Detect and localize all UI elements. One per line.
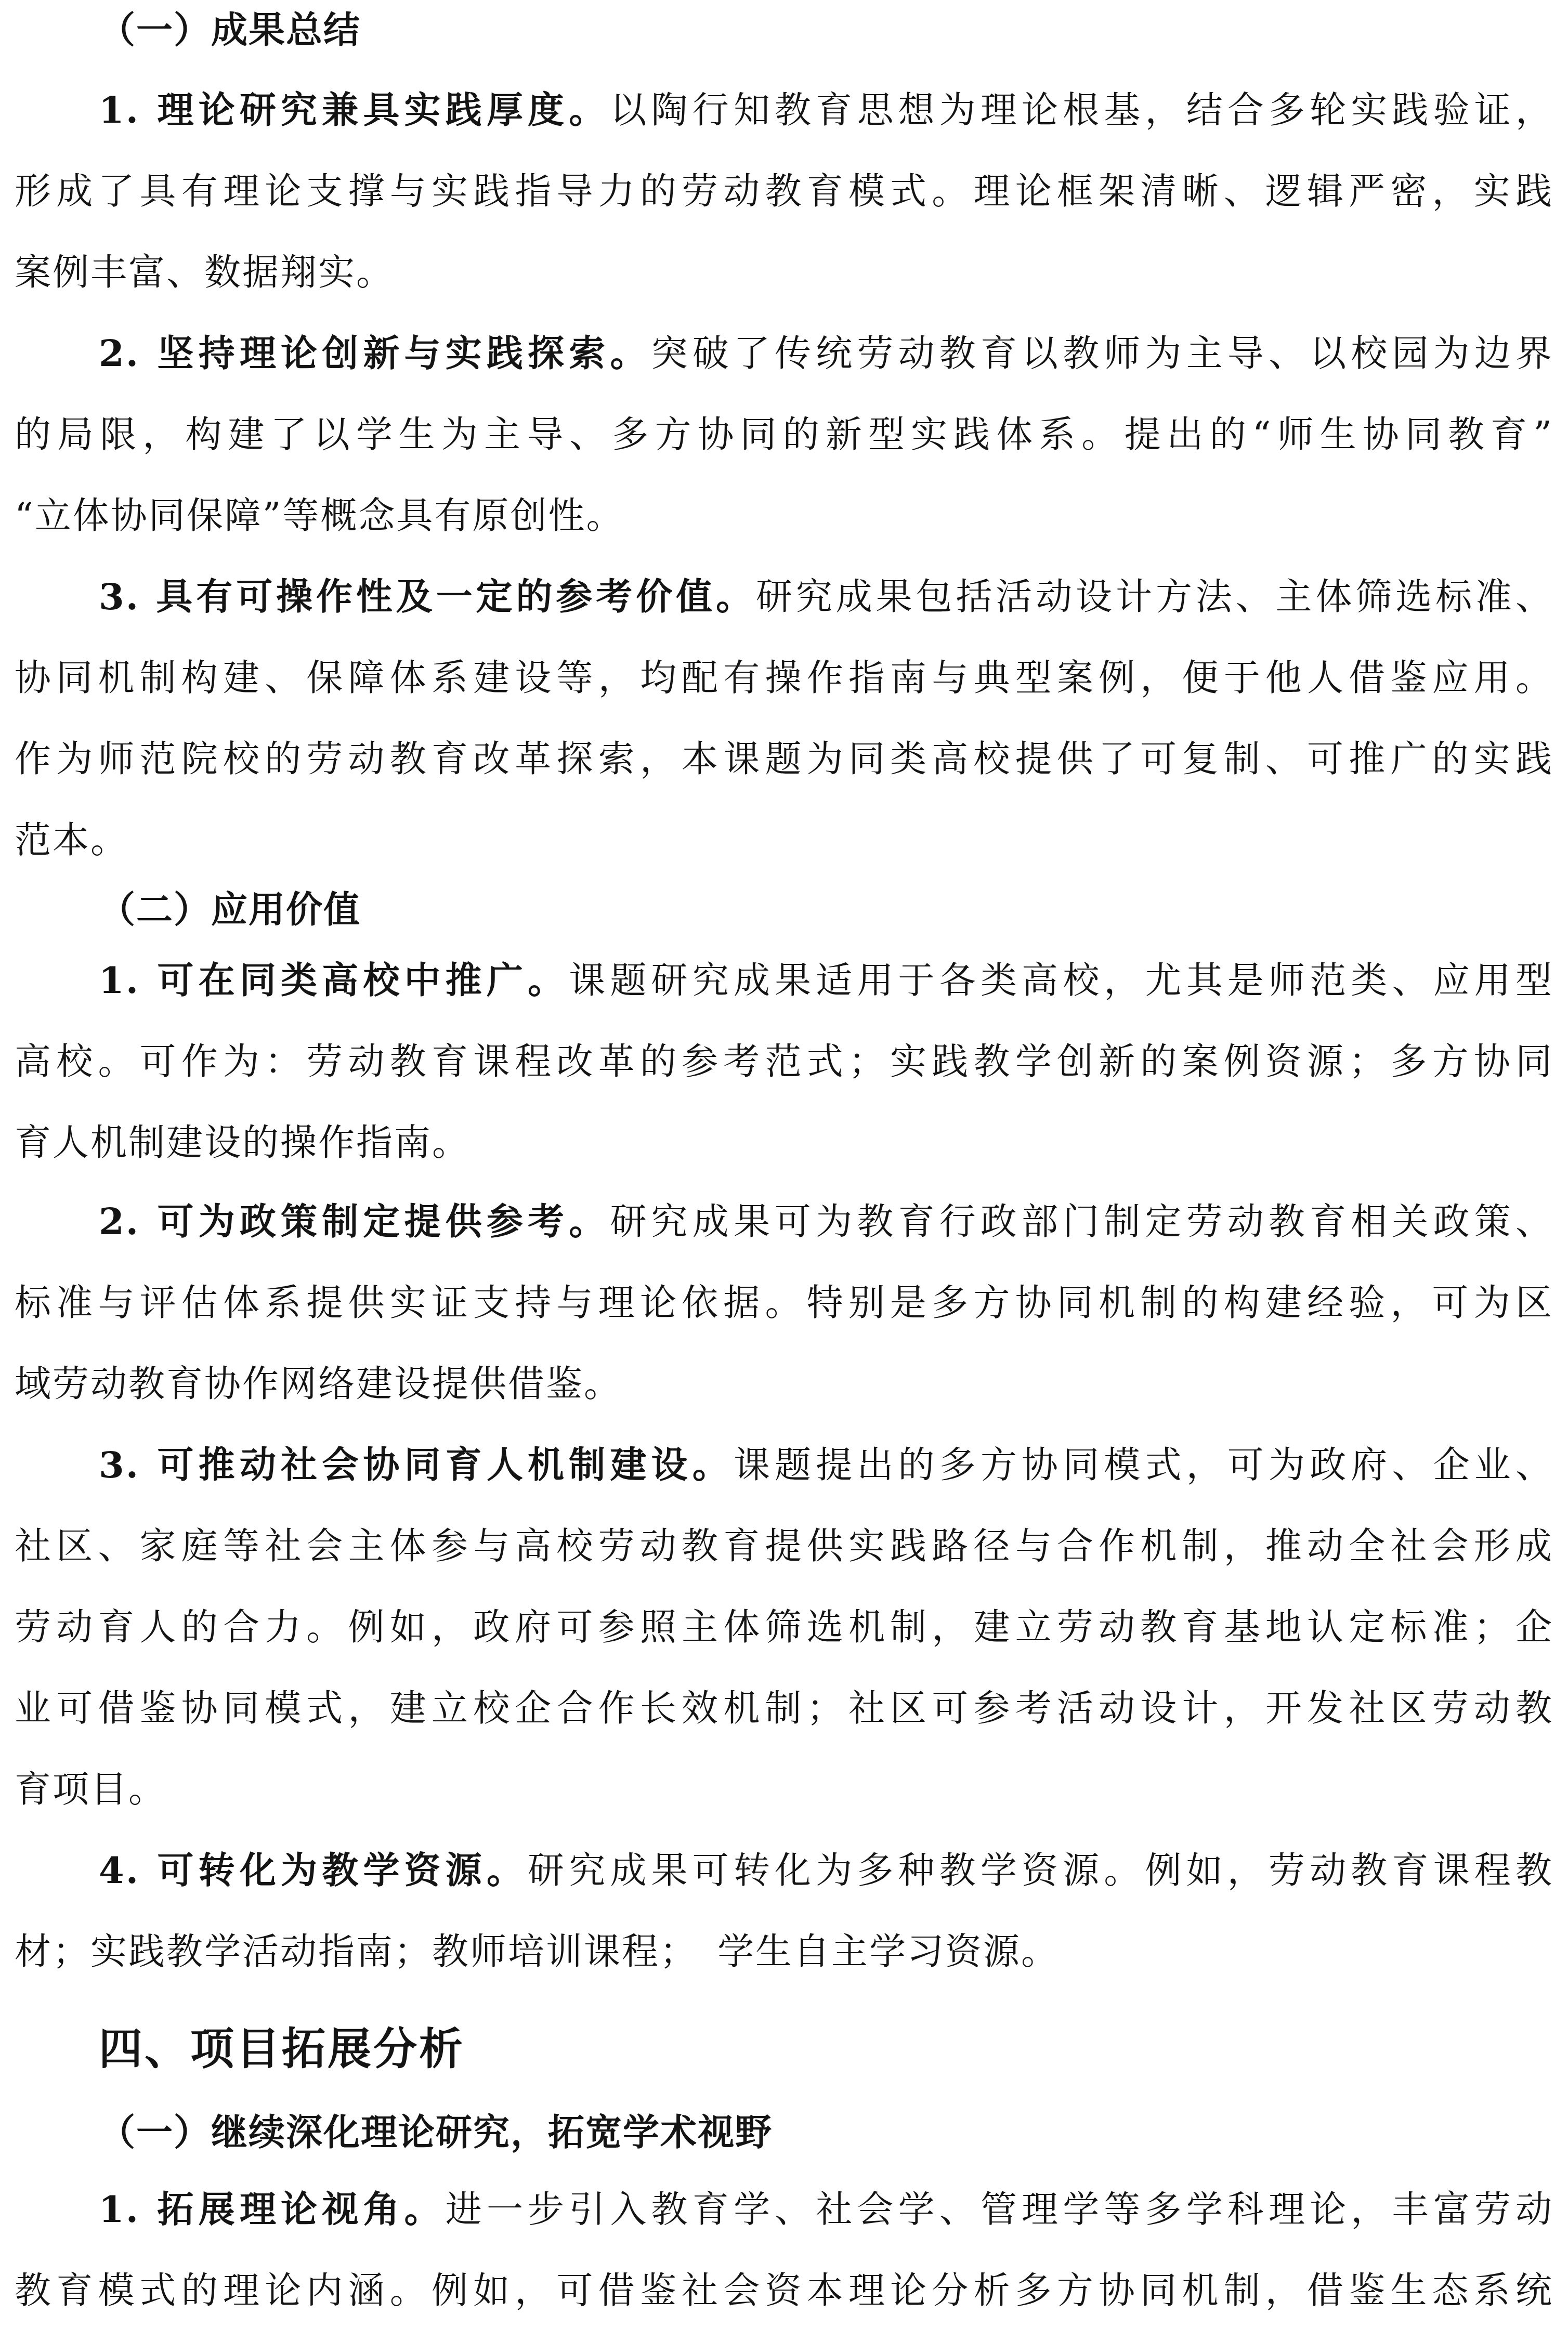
application-3-line-5: 育项目。 xyxy=(15,1763,166,1815)
item-text: 突破了传统劳动教育以教师为主导、以校园为边界 xyxy=(651,332,1553,375)
application-1-line-3: 育人机制建设的操作指南。 xyxy=(15,1117,470,1169)
paragraph-1-line-2: 形成了具有理论支撑与实践指导力的劳动教育模式。理论框架清晰、逻辑严密，实践 xyxy=(15,165,1553,217)
item-lead: 2. 坚持理论创新与实践探索。 xyxy=(99,332,651,375)
paragraph-3-line-1: 3. 具有可操作性及一定的参考价值。研究成果包括活动设计方法、主体筛选标准、 xyxy=(99,571,1553,623)
item-text: 进一步引入教育学、社会学、管理学等多学科理论，丰富劳动 xyxy=(446,2188,1553,2231)
section-heading-project-extension: 四、项目拓展分析 xyxy=(99,2020,465,2077)
item-text: 课题研究成果适用于各类高校，尤其是师范类、应用型 xyxy=(569,959,1553,1002)
item-text: 研究成果可为教育行政部门制定劳动教育相关政策、 xyxy=(610,1200,1553,1243)
item-lead: 2. 可为政策制定提供参考。 xyxy=(99,1200,610,1243)
application-3-line-3: 劳动育人的合力。例如，政府可参照主体筛选机制，建立劳动教育基地认定标准；企 xyxy=(15,1601,1553,1653)
paragraph-3-line-3: 作为师范院校的劳动教育改革探索，本课题为同类高校提供了可复制、可推广的实践 xyxy=(15,733,1553,785)
heading-application-value: （二）应用价值 xyxy=(99,884,361,936)
paragraph-3-line-4: 范本。 xyxy=(15,814,128,866)
application-3-line-1: 3. 可推动社会协同育人机制建设。课题提出的多方协同模式，可为政府、企业、 xyxy=(99,1439,1553,1491)
application-2-line-1: 2. 可为政策制定提供参考。研究成果可为教育行政部门制定劳动教育相关政策、 xyxy=(99,1196,1553,1248)
item-lead: 1. 拓展理论视角。 xyxy=(99,2188,446,2231)
heading-results-summary: （一）成果总结 xyxy=(99,4,361,56)
application-3-line-4: 业可借鉴协同模式，建立校企合作长效机制；社区可参考活动设计，开发社区劳动教 xyxy=(15,1682,1553,1734)
application-1-line-2: 高校。可作为：劳动教育课程改革的参考范式；实践教学创新的案例资源；多方协同 xyxy=(15,1036,1553,1088)
heading-deepen-theory: （一）继续深化理论研究，拓宽学术视野 xyxy=(99,2107,773,2159)
item-text: 以陶行知教育思想为理论根基，结合多轮实践验证， xyxy=(610,89,1553,132)
application-1-line-1: 1. 可在同类高校中推广。课题研究成果适用于各类高校，尤其是师范类、应用型 xyxy=(99,955,1553,1006)
application-3-line-2: 社区、家庭等社会主体参与高校劳动教育提供实践路径与合作机制，推动全社会形成 xyxy=(15,1520,1553,1572)
paragraph-2-line-2: 的局限，构建了以学生为主导、多方协同的新型实践体系。提出的“师生协同教育” xyxy=(15,409,1553,461)
extension-1-line-1: 1. 拓展理论视角。进一步引入教育学、社会学、管理学等多学科理论，丰富劳动 xyxy=(99,2184,1553,2236)
paragraph-2-line-3: “立体协同保障”等概念具有原创性。 xyxy=(15,490,624,542)
paragraph-3-line-2: 协同机制构建、保障体系建设等，均配有操作指南与典型案例，便于他人借鉴应用。 xyxy=(15,652,1553,704)
application-2-line-3: 域劳动教育协作网络建设提供借鉴。 xyxy=(15,1358,622,1410)
application-4-line-2: 材；实践教学活动指南；教师培训课程； 学生自主学习资源。 xyxy=(15,1926,1059,1978)
item-lead: 4. 可转化为教学资源。 xyxy=(99,1849,528,1892)
paragraph-1-line-3: 案例丰富、数据翔实。 xyxy=(15,246,394,298)
item-text: 研究成果包括活动设计方法、主体筛选标准、 xyxy=(756,576,1553,618)
application-2-line-2: 标准与评估体系提供实证支持与理论依据。特别是多方协同机制的构建经验，可为区 xyxy=(15,1277,1553,1329)
item-lead: 3. 具有可操作性及一定的参考价值。 xyxy=(99,575,756,618)
extension-1-line-2: 教育模式的理论内涵。例如，可借鉴社会资本理论分析多方协同机制，借鉴生态系统 xyxy=(15,2265,1553,2317)
item-text: 课题提出的多方协同模式，可为政府、企业、 xyxy=(734,1444,1553,1486)
paragraph-2-line-1: 2. 坚持理论创新与实践探索。突破了传统劳动教育以教师为主导、以校园为边界 xyxy=(99,328,1553,380)
item-lead: 1. 理论研究兼具实践厚度。 xyxy=(99,88,610,132)
item-text: 研究成果可转化为多种教学资源。例如，劳动教育课程教 xyxy=(528,1849,1553,1892)
application-4-line-1: 4. 可转化为教学资源。研究成果可转化为多种教学资源。例如，劳动教育课程教 xyxy=(99,1845,1553,1897)
item-lead: 3. 可推动社会协同育人机制建设。 xyxy=(99,1443,734,1486)
item-lead: 1. 可在同类高校中推广。 xyxy=(99,959,569,1002)
paragraph-1-line-1: 1. 理论研究兼具实践厚度。以陶行知教育思想为理论根基，结合多轮实践验证， xyxy=(99,84,1553,136)
